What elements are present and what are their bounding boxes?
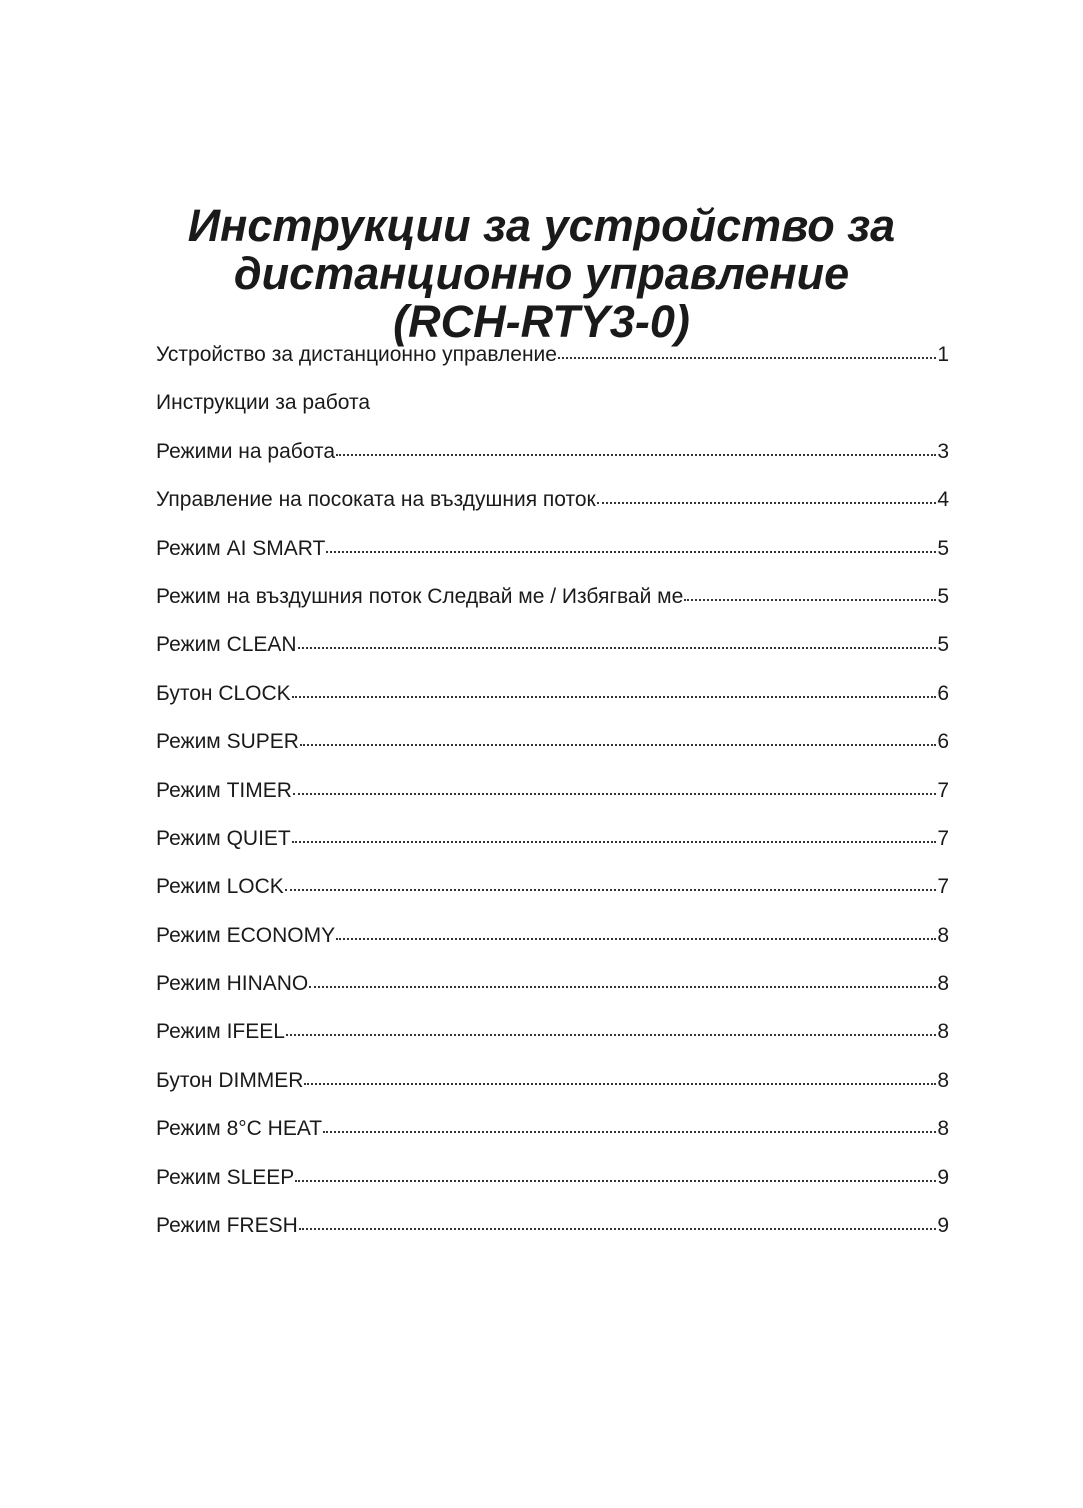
toc-entry[interactable]: Бутон CLOCK6 bbox=[156, 677, 949, 725]
toc-entry-label: Управление на посоката на въздушния пото… bbox=[156, 483, 596, 517]
toc-entry-label: Режим LOCK bbox=[156, 870, 284, 904]
toc-entry[interactable]: Режим ECONOMY8 bbox=[156, 919, 949, 967]
title-line-2: дистанционно управление bbox=[0, 250, 1083, 298]
toc-dot-leader bbox=[597, 486, 937, 506]
toc-entry-page-number: 8 bbox=[937, 1064, 949, 1098]
toc-entry-label: Режим 8°C HEAT bbox=[156, 1112, 322, 1146]
toc-entry[interactable]: Управление на посоката на въздушния пото… bbox=[156, 483, 949, 531]
toc-entry[interactable]: Режим FRESH9 bbox=[156, 1209, 949, 1257]
toc-entry-page-number: 5 bbox=[937, 580, 949, 614]
toc-entry-label: Режим TIMER bbox=[156, 774, 292, 808]
toc-entry[interactable]: Режим на въздушния поток Следвай ме / Из… bbox=[156, 580, 949, 628]
toc-dot-leader bbox=[336, 438, 936, 458]
toc-dot-leader bbox=[309, 970, 936, 990]
toc-entry-page-number: 7 bbox=[937, 870, 949, 904]
toc-entry-page-number: 7 bbox=[937, 774, 949, 808]
toc-entry-page-number: 8 bbox=[937, 1112, 949, 1146]
toc-entry-label: Режим IFEEL bbox=[156, 1015, 285, 1049]
table-of-contents: Устройство за дистанционно управление1Ин… bbox=[156, 338, 949, 1257]
toc-dot-leader bbox=[292, 825, 937, 845]
toc-entry-page-number: 8 bbox=[937, 1015, 949, 1049]
toc-entry[interactable]: Режим TIMER7 bbox=[156, 774, 949, 822]
toc-entry-page-number: 9 bbox=[937, 1161, 949, 1195]
toc-dot-leader bbox=[285, 873, 937, 893]
toc-entry-label: Режим SUPER bbox=[156, 725, 299, 759]
toc-entry-page-number: 1 bbox=[937, 338, 949, 372]
toc-entry-label: Устройство за дистанционно управление bbox=[156, 338, 557, 372]
toc-entry-page-number: 5 bbox=[937, 532, 949, 566]
toc-entry-label: Режим AI SMART bbox=[156, 532, 325, 566]
toc-dot-leader bbox=[558, 341, 936, 361]
toc-entry-label: Режим на въздушния поток Следвай ме / Из… bbox=[156, 580, 683, 614]
toc-entry[interactable]: Режим IFEEL8 bbox=[156, 1015, 949, 1063]
toc-entry[interactable]: Режим SUPER6 bbox=[156, 725, 949, 773]
toc-entry[interactable]: Режим 8°C HEAT8 bbox=[156, 1112, 949, 1160]
toc-entry[interactable]: Режим LOCK7 bbox=[156, 870, 949, 918]
toc-entry-label: Режим SLEEP bbox=[156, 1161, 294, 1195]
toc-entry-label: Инструкции за работа bbox=[156, 386, 370, 420]
toc-dot-leader bbox=[299, 1212, 937, 1232]
toc-entry-label: Бутон CLOCK bbox=[156, 677, 291, 711]
toc-entry[interactable]: Режим SLEEP9 bbox=[156, 1161, 949, 1209]
toc-dot-leader bbox=[298, 631, 937, 651]
toc-entry-page-number: 6 bbox=[937, 677, 949, 711]
toc-entry-label: Режим QUIET bbox=[156, 822, 291, 856]
toc-dot-leader bbox=[300, 728, 936, 748]
toc-entry-page-number: 5 bbox=[937, 628, 949, 662]
toc-dot-leader bbox=[304, 1067, 936, 1087]
toc-entry[interactable]: Устройство за дистанционно управление1 bbox=[156, 338, 949, 386]
toc-entry-page-number: 4 bbox=[937, 483, 949, 517]
toc-entry[interactable]: Режими на работа3 bbox=[156, 435, 949, 483]
toc-entry-label: Режими на работа bbox=[156, 435, 335, 469]
toc-entry[interactable]: Режим AI SMART5 bbox=[156, 532, 949, 580]
toc-entry-label: Режим FRESH bbox=[156, 1209, 298, 1243]
toc-entry-label: Бутон DIMMER bbox=[156, 1064, 303, 1098]
toc-dot-leader bbox=[336, 922, 936, 942]
toc-entry-page-number: 8 bbox=[937, 919, 949, 953]
toc-entry-page-number: 7 bbox=[937, 822, 949, 856]
toc-dot-leader bbox=[286, 1018, 936, 1038]
title-line-1: Инструкции за устройство за bbox=[0, 202, 1083, 250]
document-title: Инструкции за устройство за дистанционно… bbox=[0, 202, 1083, 346]
toc-dot-leader bbox=[293, 777, 936, 797]
toc-entry-page-number: 9 bbox=[937, 1209, 949, 1243]
toc-entry-page-number: 3 bbox=[937, 435, 949, 469]
toc-dot-leader bbox=[684, 583, 936, 603]
toc-entry[interactable]: Режим CLEAN5 bbox=[156, 628, 949, 676]
toc-entry-page-number: 6 bbox=[937, 725, 949, 759]
toc-entry[interactable]: Режим QUIET7 bbox=[156, 822, 949, 870]
toc-dot-leader bbox=[292, 680, 937, 700]
toc-entry[interactable]: Режим HINANO8 bbox=[156, 967, 949, 1015]
toc-dot-leader bbox=[323, 1115, 936, 1135]
toc-entry[interactable]: Инструкции за работа bbox=[156, 386, 949, 434]
toc-dot-leader bbox=[295, 1164, 936, 1184]
toc-entry-label: Режим CLEAN bbox=[156, 628, 297, 662]
toc-dot-leader bbox=[326, 535, 936, 555]
toc-entry-label: Режим ECONOMY bbox=[156, 919, 335, 953]
toc-entry-page-number: 8 bbox=[937, 967, 949, 1001]
toc-entry[interactable]: Бутон DIMMER8 bbox=[156, 1064, 949, 1112]
toc-entry-label: Режим HINANO bbox=[156, 967, 308, 1001]
document-page: Инструкции за устройство за дистанционно… bbox=[0, 0, 1083, 1508]
